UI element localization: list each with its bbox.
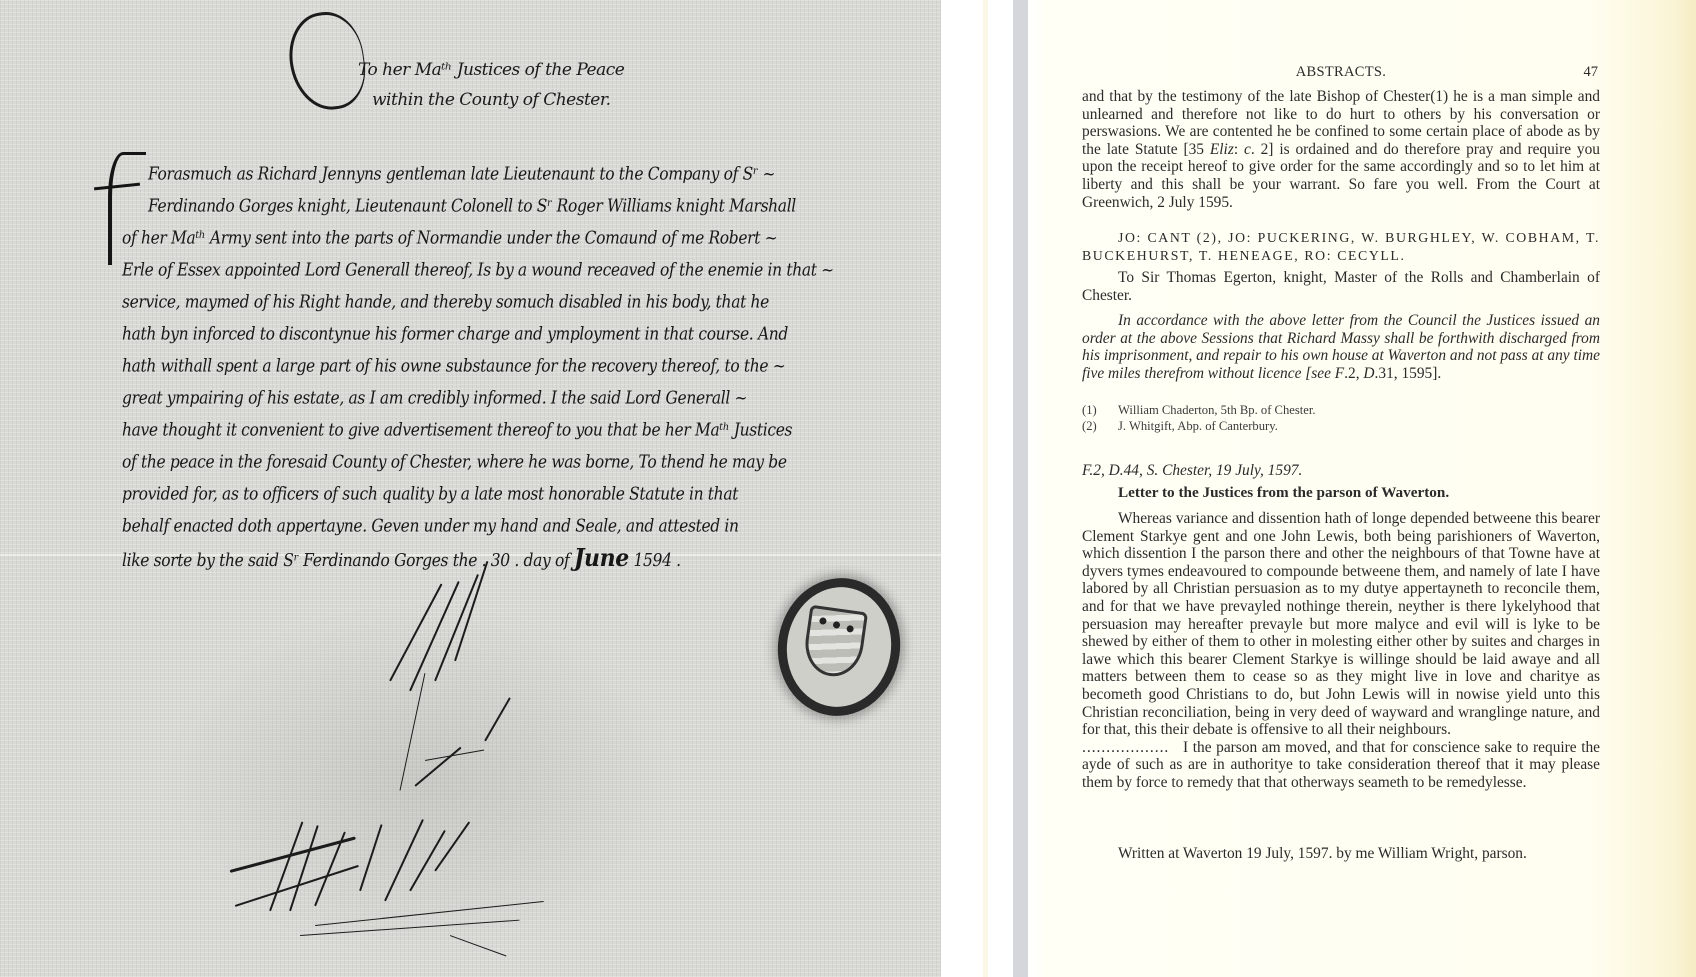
printed-page: ABSTRACTS. 47 and that by the testimony … <box>1028 0 1696 977</box>
entry-body: Whereas variance and dissention hath of … <box>1082 510 1600 792</box>
address-line-2: within the County of Chester. <box>372 90 611 110</box>
manuscript-line: provided for, as to officers of such qua… <box>112 476 932 512</box>
page-number: 47 <box>1584 64 1599 81</box>
manuscript-line: behalf enacted doth appertayne. Geven un… <box>112 508 932 544</box>
manuscript-line: of the peace in the foresaid County of C… <box>112 444 932 480</box>
entry-title: Letter to the Justices from the parson o… <box>1082 484 1636 502</box>
address-line-1: To her Maᵗʰ Justices of the Peace <box>358 60 624 80</box>
signatories: JO: CANT (2), JO: PUCKERING, W. BURGHLEY… <box>1082 229 1600 265</box>
manuscript-line: service, maymed of his Right hande, and … <box>112 284 932 320</box>
manuscript-line: hath byn inforced to discontynue his for… <box>112 316 932 352</box>
running-head-title: ABSTRACTS. <box>1082 64 1600 81</box>
manuscript-line: hath withall spent a large part of his o… <box>112 348 932 384</box>
wax-seal-icon <box>769 570 909 724</box>
entry-closing: Written at Waverton 19 July, 1597. by me… <box>1082 845 1600 863</box>
manuscript-line: have thought it convenient to give adver… <box>112 412 932 448</box>
manuscript-line: Forasmuch as Richard Jennyns gentleman l… <box>112 156 932 192</box>
manuscript-page: To her Maᵗʰ Justices of the Peace within… <box>0 0 941 977</box>
footnote-1: (1) William Chaderton, 5th Bp. of Cheste… <box>1082 402 1600 418</box>
manuscript-line: Ferdinando Gorges knight, Lieutenaunt Co… <box>112 188 932 224</box>
letter-paragraph: and that by the testimony of the late Bi… <box>1082 88 1600 211</box>
editorial-note: In accordance with the above letter from… <box>1082 312 1600 382</box>
manuscript-line: Erle of Essex appointed Lord Generall th… <box>112 252 932 288</box>
coat-of-arms-icon <box>801 605 868 680</box>
manuscript-body: Forasmuch as Richard Jennyns gentleman l… <box>112 158 932 574</box>
footnotes: (1) William Chaderton, 5th Bp. of Cheste… <box>1082 402 1600 434</box>
running-head: ABSTRACTS. 47 <box>1082 64 1600 84</box>
addressee: To Sir Thomas Egerton, knight, Master of… <box>1082 269 1600 304</box>
manuscript-date-year: 1594 . <box>634 550 681 570</box>
manuscript-date-month: June <box>574 543 629 572</box>
spread-divider <box>1013 0 1028 977</box>
manuscript-address: To her Maᵗʰ Justices of the Peace within… <box>290 12 710 132</box>
letter-continuation: and that by the testimony of the late Bi… <box>1082 88 1600 211</box>
signatures <box>220 570 740 970</box>
page-gutter <box>941 0 1013 977</box>
manuscript-line: of her Maᵗʰ Army sent into the parts of … <box>112 220 932 256</box>
manuscript-line: great ympairing of his estate, as I am c… <box>112 380 932 416</box>
page-edge <box>983 0 988 977</box>
entry-reference: F.2, D.44, S. Chester, 19 July, 1597. <box>1082 462 1600 480</box>
manuscript-line-text: like sorte by the said Sʳ Ferdinando Gor… <box>122 550 569 570</box>
footnote-2: (2) J. Whitgift, Abp. of Canterbury. <box>1082 418 1600 434</box>
ellipsis: .................. <box>1082 739 1169 756</box>
